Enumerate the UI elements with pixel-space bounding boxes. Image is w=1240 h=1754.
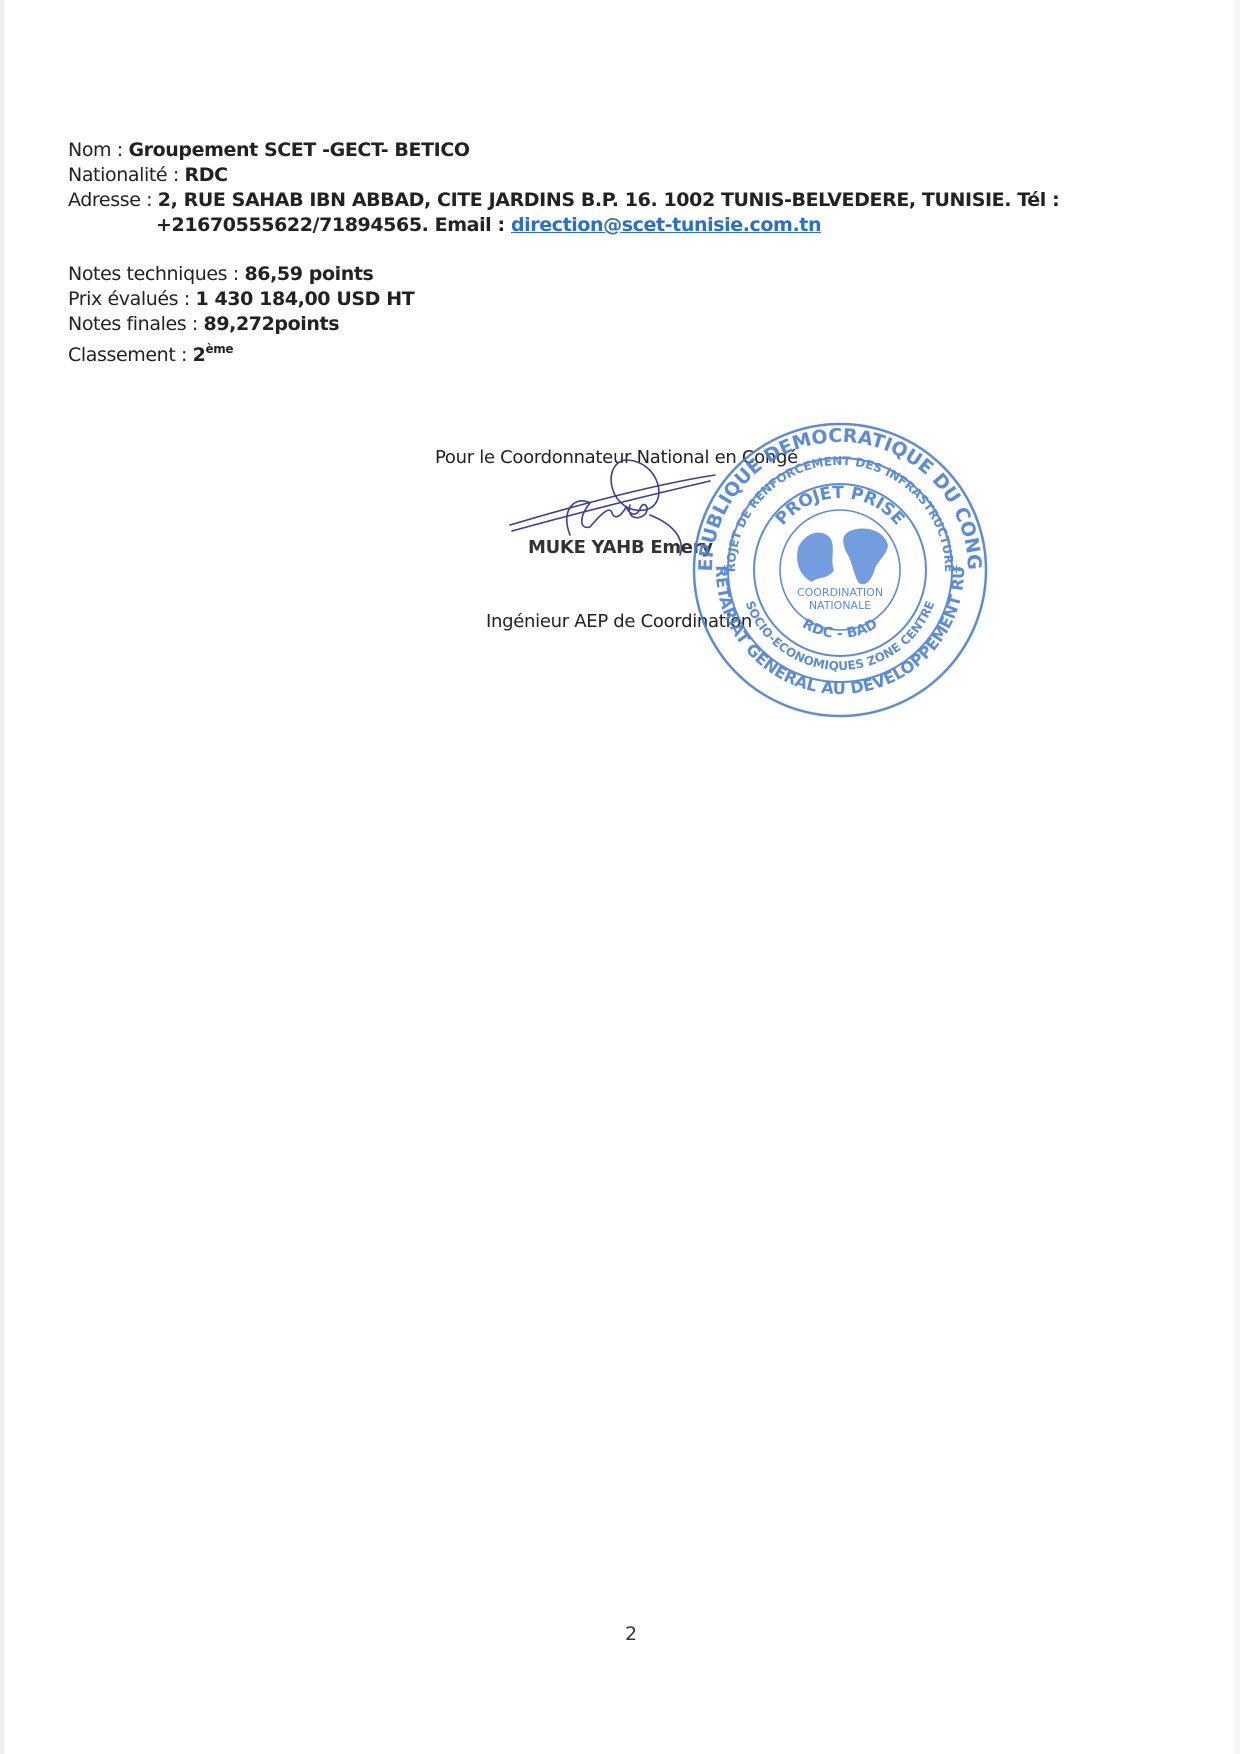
svg-text:*: * <box>720 562 729 583</box>
signature-block: Pour le Coordonnateur National en Congé … <box>0 0 1240 800</box>
svg-text:RDC - BAD: RDC - BAD <box>800 616 881 642</box>
svg-text:*: * <box>952 562 961 583</box>
page-number: 2 <box>625 1623 637 1645</box>
svg-text:COORDINATION: COORDINATION <box>797 586 883 599</box>
official-stamp-icon: REPUBLIQUE DEMOCRATIQUE DU CONGO SECRETA… <box>690 420 990 720</box>
svg-text:NATIONALE: NATIONALE <box>809 599 871 612</box>
svg-text:PROJET PRISE: PROJET PRISE <box>772 483 908 529</box>
signer-name: MUKE YAHB Emery <box>528 537 713 558</box>
